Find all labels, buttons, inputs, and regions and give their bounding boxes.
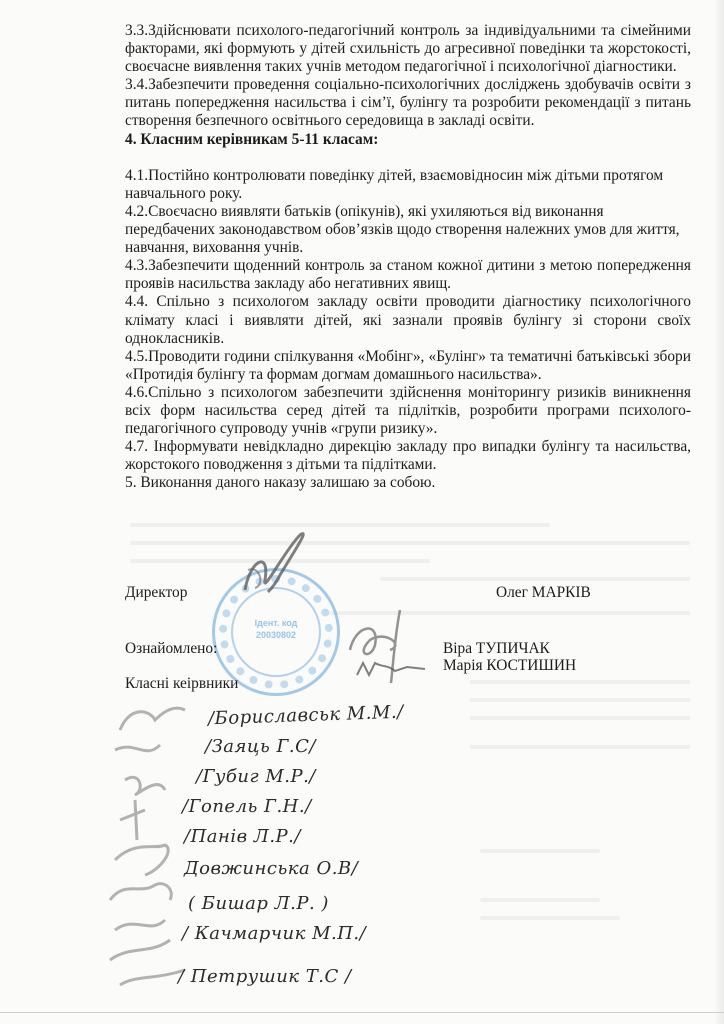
- acknowledged-name-1: Віра ТУПИЧАК: [443, 640, 550, 658]
- item-4-1: 4.1.Постійно контролювати поведінку діте…: [125, 167, 685, 203]
- scan-edge-line: [0, 1012, 724, 1013]
- closing-line: 5. Виконання даного наказу залишаю за со…: [125, 474, 691, 492]
- item-4-3: 4.3.Забезпечити щоденний контроль за ста…: [125, 257, 691, 293]
- handwritten-name-2: /Заяць Г.С/: [205, 736, 316, 757]
- acknowledged-name-2: Марія КОСТИШИН: [443, 657, 576, 675]
- teacher-initials-signatures: [105, 700, 200, 1000]
- director-signature: [240, 530, 320, 600]
- class-teachers-label: Класні кеірвники: [125, 675, 238, 693]
- item-4-5: 4.5.Проводити години спілкування «Мобінг…: [125, 348, 691, 384]
- item-4-6: 4.6.Спільно з психологом забезпечити зді…: [125, 384, 691, 438]
- director-name: Олег МАРКІВ: [496, 584, 591, 602]
- section-4-heading: 4. Класним керівникам 5-11 класам:: [125, 131, 691, 149]
- paragraph-3-4: 3.4.Забезпечити проведення соціально-пси…: [125, 76, 691, 130]
- handwritten-name-5: /Панів Л.Р./: [184, 826, 301, 847]
- item-4-7: 4.7. Інформувати невідкладно дирекцію за…: [125, 438, 691, 474]
- stamp-code-label: Ідент. код: [215, 617, 337, 629]
- stamp-code: 20030802: [215, 629, 337, 641]
- handwritten-name-8: / Качмарчик М.П./: [182, 923, 366, 944]
- handwritten-name-7: ( Бишар Л.Р. ): [188, 893, 329, 914]
- document-page: 3.3.Здійснювати психолого-педагогічний к…: [0, 0, 724, 1024]
- order-body: 3.3.Здійснювати психолого-педагогічний к…: [125, 22, 691, 492]
- handwritten-name-9: / Петрушик Т.С /: [178, 966, 352, 987]
- director-label: Директор: [125, 584, 187, 602]
- acknowledged-label: Ознайомлено:: [125, 640, 217, 658]
- item-4-4: 4.4. Спільно з психологом закладу освіти…: [125, 293, 691, 347]
- paragraph-3-3: 3.3.Здійснювати психолого-педагогічний к…: [125, 22, 691, 76]
- handwritten-name-4: /Гопель Г.Н./: [182, 796, 312, 817]
- handwritten-name-1: /Бориславськ М.М./: [208, 702, 404, 730]
- acknowledgement-signature: [345, 605, 445, 685]
- handwritten-name-6: Довжинська О.В/: [184, 858, 358, 879]
- page-edge-shadow: [714, 0, 724, 1024]
- item-4-2: 4.2.Своєчасно виявляти батьків (опікунів…: [125, 203, 685, 257]
- handwritten-name-3: /Губиг М.Р./: [196, 766, 316, 787]
